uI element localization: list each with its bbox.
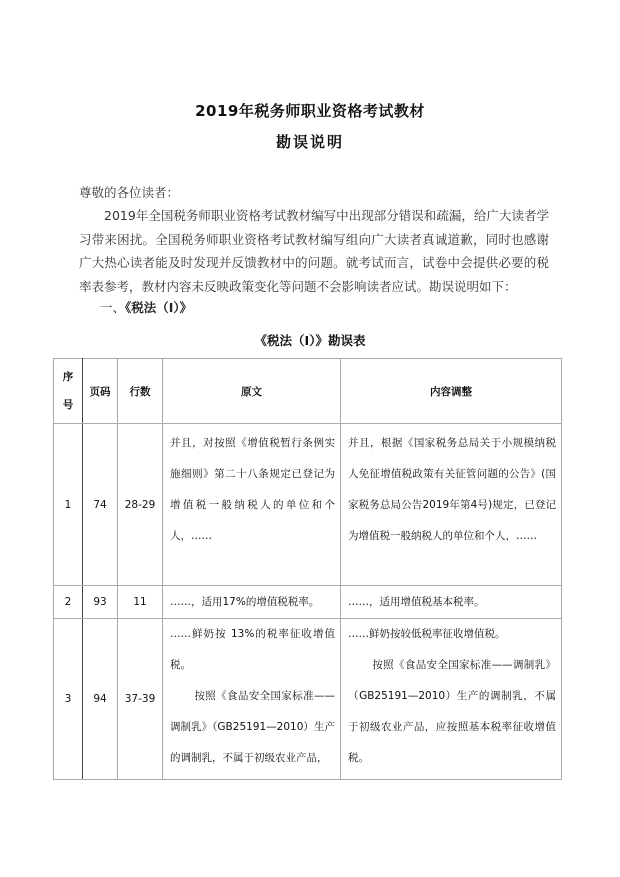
table-row: 3 94 37-39 ……鲜奶按 13%的税率征收增值税。 按照《食品安全国家标… (54, 619, 562, 780)
header-revision: 内容调整 (341, 359, 562, 424)
cell-original: 并且，对按照《增值税暂行条例实施细则》第二十八条规定已登记为增值税一般纳税人的单… (163, 424, 341, 586)
revision-text: ……鲜奶按较低税率征收增值税。 按照《食品安全国家标准——调制乳》（GB2519… (341, 619, 561, 774)
cell-seq: 1 (54, 424, 83, 586)
cell-seq: 2 (54, 586, 83, 619)
section-prefix: 一、 (100, 300, 125, 315)
cell-seq: 3 (54, 619, 83, 780)
header-seq-line2: 号 (63, 399, 74, 411)
cell-revision: ……鲜奶按较低税率征收增值税。 按照《食品安全国家标准——调制乳》（GB2519… (341, 619, 562, 780)
document-subtitle: 勘误说明 (0, 131, 620, 152)
original-paragraph-1: ……鲜奶按 13%的税率征收增值税。 (170, 619, 335, 681)
revision-paragraph-1: ……鲜奶按较低税率征收增值税。 (348, 619, 556, 650)
cell-original: ……，适用17%的增值税税率。 (163, 586, 341, 619)
intro-paragraph: 2019年全国税务师职业资格考试教材编写中出现部分错误和疏漏，给广大读者学习带来… (79, 204, 549, 298)
original-text: ……鲜奶按 13%的税率征收增值税。 按照《食品安全国家标准——调制乳》（GB2… (163, 619, 340, 774)
header-page: 页码 (83, 359, 118, 424)
cell-revision: 并且，根据《国家税务总局关于小规模纳税人免征增值税政策有关征管问题的公告》(国家… (341, 424, 562, 586)
table-caption: 《税法（Ⅰ）》勘误表 (0, 331, 620, 349)
revision-text: ……，适用增值税基本税率。 (341, 587, 561, 617)
cell-line: 37-39 (118, 619, 163, 780)
original-paragraph-2: 按照《食品安全国家标准——调制乳》（GB25191—2010）生产的调制乳，不属… (170, 681, 335, 774)
table-row: 2 93 11 ……，适用17%的增值税税率。 ……，适用增值税基本税率。 (54, 586, 562, 619)
cell-revision: ……，适用增值税基本税率。 (341, 586, 562, 619)
revision-paragraph-2-text: 按照《食品安全国家标准——调制乳》（GB25191—2010）生产的调制乳，不属… (348, 659, 556, 764)
section-title: 《税法（Ⅰ）》 (125, 300, 192, 315)
header-line: 行数 (118, 359, 163, 424)
table-row: 1 74 28-29 并且，对按照《增值税暂行条例实施细则》第二十八条规定已登记… (54, 424, 562, 586)
table-header-row: 序 号 页码 行数 原文 内容调整 (54, 359, 562, 424)
original-text: 并且，对按照《增值税暂行条例实施细则》第二十八条规定已登记为增值税一般纳税人的单… (163, 424, 340, 552)
original-text: ……，适用17%的增值税税率。 (163, 587, 340, 617)
revision-paragraph-2: 按照《食品安全国家标准——调制乳》（GB25191—2010）生产的调制乳，不属… (348, 650, 556, 774)
revision-text: 并且，根据《国家税务总局关于小规模纳税人免征增值税政策有关征管问题的公告》(国家… (341, 424, 561, 552)
salutation: 尊敬的各位读者： (79, 181, 549, 205)
errata-table: 序 号 页码 行数 原文 内容调整 1 74 28-29 并且，对按照《增值税暂… (53, 358, 562, 780)
section-heading: 一、《税法（Ⅰ）》 (100, 298, 192, 316)
cell-page: 93 (83, 586, 118, 619)
cell-line: 28-29 (118, 424, 163, 586)
cell-page: 94 (83, 619, 118, 780)
cell-line: 11 (118, 586, 163, 619)
cell-original: ……鲜奶按 13%的税率征收增值税。 按照《食品安全国家标准——调制乳》（GB2… (163, 619, 341, 780)
original-paragraph-2-text: 按照《食品安全国家标准——调制乳》（GB25191—2010）生产的调制乳，不属… (170, 690, 335, 764)
document-title: 2019年税务师职业资格考试教材 (0, 100, 620, 121)
header-seq: 序 号 (54, 359, 83, 424)
cell-page: 74 (83, 424, 118, 586)
header-original: 原文 (163, 359, 341, 424)
header-seq-line1: 序 (63, 371, 74, 383)
